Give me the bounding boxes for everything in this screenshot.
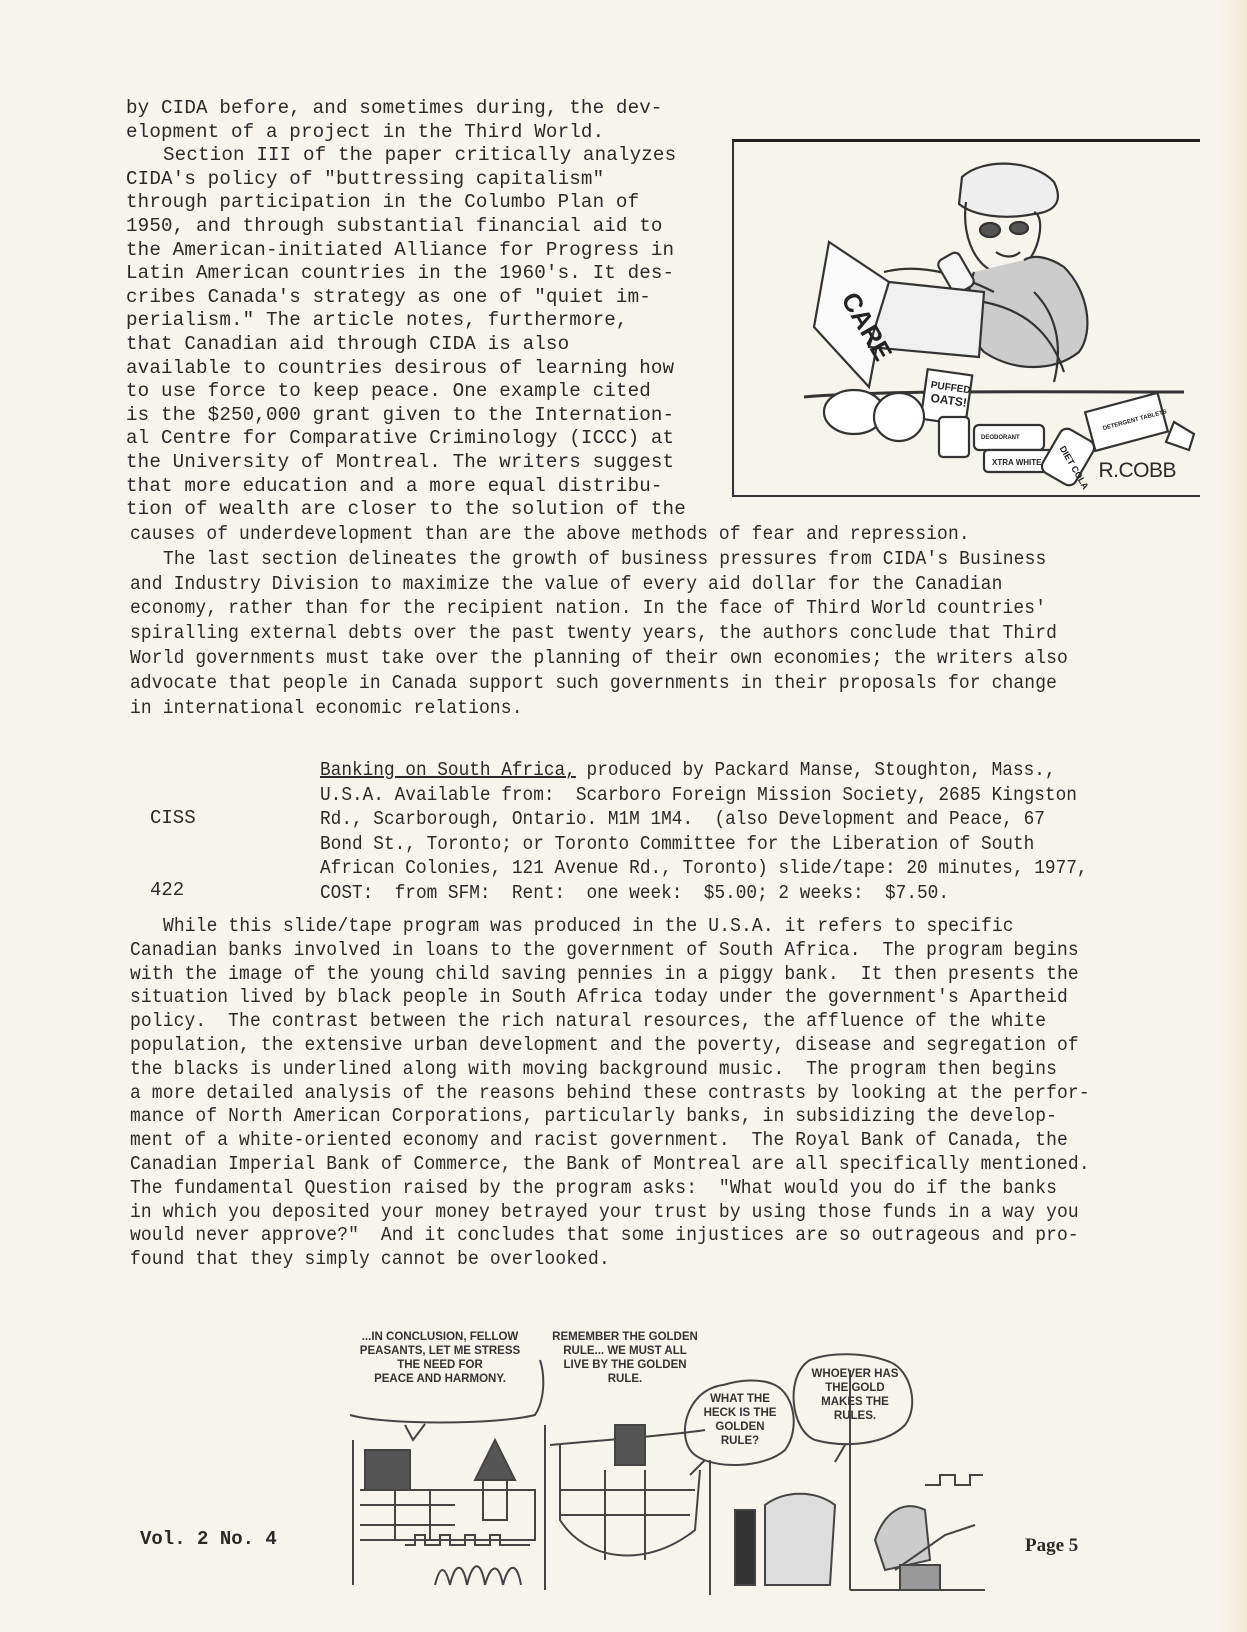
text-line: Canadian banks involved in loans to the …	[130, 938, 1079, 962]
text-line: is the $250,000 grant given to the Inter…	[126, 403, 674, 427]
text-line: to use force to keep peace. One example …	[126, 379, 651, 403]
text-line: Canadian Imperial Bank of Commerce, the …	[130, 1152, 1090, 1176]
text-line: advocate that people in Canada support s…	[130, 671, 1057, 695]
page-edge-shade	[1217, 0, 1247, 1632]
entry-line: Bond St., Toronto; or Toronto Committee …	[320, 832, 1034, 857]
text-line: and Industry Division to maximize the va…	[130, 572, 1003, 596]
text-line: World governments must take over the pla…	[130, 646, 1068, 670]
care-package-cartoon: CARE PUFFED OATS! XTRA WHITE DEODORANT D…	[732, 139, 1200, 497]
text-line: Section III of the paper critically anal…	[163, 143, 676, 167]
text-line: Latin American countries in the 1960's. …	[126, 261, 674, 285]
text-line: a more detailed analysis of the reasons …	[130, 1081, 1090, 1105]
text-line: in which you deposited your money betray…	[130, 1200, 1079, 1224]
text-line: elopment of a project in the Third World…	[126, 120, 604, 144]
svg-text:XTRA WHITE: XTRA WHITE	[992, 458, 1042, 467]
text-line: that more education and a more equal dis…	[126, 474, 663, 498]
text-line: with the image of the young child saving…	[130, 962, 1079, 986]
entry-line: Rd., Scarborough, Ontario. M1M 1M4. (als…	[320, 807, 1045, 832]
text-line: perialism." The article notes, furthermo…	[126, 308, 628, 332]
entry-producer: produced by Packard Manse, Stoughton, Ma…	[576, 759, 1056, 781]
text-line: the American-initiated Alliance for Prog…	[126, 238, 674, 262]
cartoonist-signature: R.COBB	[1098, 459, 1176, 483]
text-line: CIDA's policy of "buttressing capitalism…	[126, 167, 604, 191]
text-line: ment of a white-oriented economy and rac…	[130, 1128, 1068, 1152]
text-line: The fundamental Question raised by the p…	[130, 1176, 1057, 1200]
catalog-code-number: 422	[150, 878, 196, 902]
text-line: policy. The contrast between the rich na…	[130, 1009, 1046, 1033]
cartoon-illustration-icon: CARE PUFFED OATS! XTRA WHITE DEODORANT D…	[734, 142, 1200, 495]
text-line: mance of North American Corporations, pa…	[130, 1104, 1057, 1128]
entry-line: U.S.A. Available from: Scarboro Foreign …	[320, 783, 1077, 808]
speech-bubble-peace: ...IN CONCLUSION, FELLOW PEASANTS, LET M…	[345, 1330, 535, 1386]
speech-bubble-gold-rules: WHOEVER HAS THE GOLD MAKES THE RULES.	[795, 1367, 915, 1423]
text-line: the blacks is underlined along with movi…	[130, 1057, 1057, 1081]
text-line: economy, rather than for the recipient n…	[130, 596, 1046, 620]
text-line: would never approve?" And it concludes t…	[130, 1223, 1079, 1247]
speech-bubble-question: WHAT THE HECK IS THE GOLDEN RULE?	[690, 1392, 790, 1448]
speech-bubble-golden-rule: REMEMBER THE GOLDEN RULE... WE MUST ALL …	[540, 1330, 710, 1386]
svg-text:DEODORANT: DEODORANT	[981, 435, 1020, 441]
text-line: in international economic relations.	[130, 696, 523, 720]
volume-number: Vol. 2 No. 4	[140, 1528, 277, 1550]
text-line: that Canadian aid through CIDA is also	[126, 332, 569, 356]
text-line: through participation in the Columbo Pla…	[126, 190, 639, 214]
text-line: by CIDA before, and sometimes during, th…	[126, 96, 663, 120]
text-line: the University of Montreal. The writers …	[126, 450, 674, 474]
text-line: available to countries desirous of learn…	[126, 356, 674, 380]
catalog-code-prefix: CISS	[150, 806, 196, 830]
text-line: The last section delineates the growth o…	[163, 547, 1046, 571]
text-line: cribes Canada's strategy as one of "quie…	[126, 285, 651, 309]
text-line: found that they simply cannot be overloo…	[130, 1247, 610, 1271]
text-line: While this slide/tape program was produc…	[163, 914, 1014, 938]
text-line: al Centre for Comparative Criminology (I…	[126, 426, 674, 450]
golden-rule-comic-strip: ...IN CONCLUSION, FELLOW PEASANTS, LET M…	[345, 1330, 985, 1600]
text-line: spiralling external debts over the past …	[130, 621, 1057, 645]
entry-title: Banking on South Africa,	[320, 759, 576, 781]
text-line: 1950, and through substantial financial …	[126, 214, 663, 238]
text-line: situation lived by black people in South…	[130, 985, 1068, 1009]
text-line: tion of wealth are closer to the solutio…	[126, 497, 686, 521]
page-number: Page 5	[1025, 1535, 1078, 1557]
entry-line: Banking on South Africa, produced by Pac…	[320, 758, 1056, 783]
text-line: causes of underdevelopment than are the …	[130, 522, 970, 546]
entry-line: COST: from SFM: Rent: one week: $5.00; 2…	[320, 881, 949, 906]
entry-line: African Colonies, 121 Avenue Rd., Toront…	[320, 856, 1088, 881]
text-line: population, the extensive urban developm…	[130, 1033, 1079, 1057]
catalog-code: CISS 422	[150, 758, 196, 926]
